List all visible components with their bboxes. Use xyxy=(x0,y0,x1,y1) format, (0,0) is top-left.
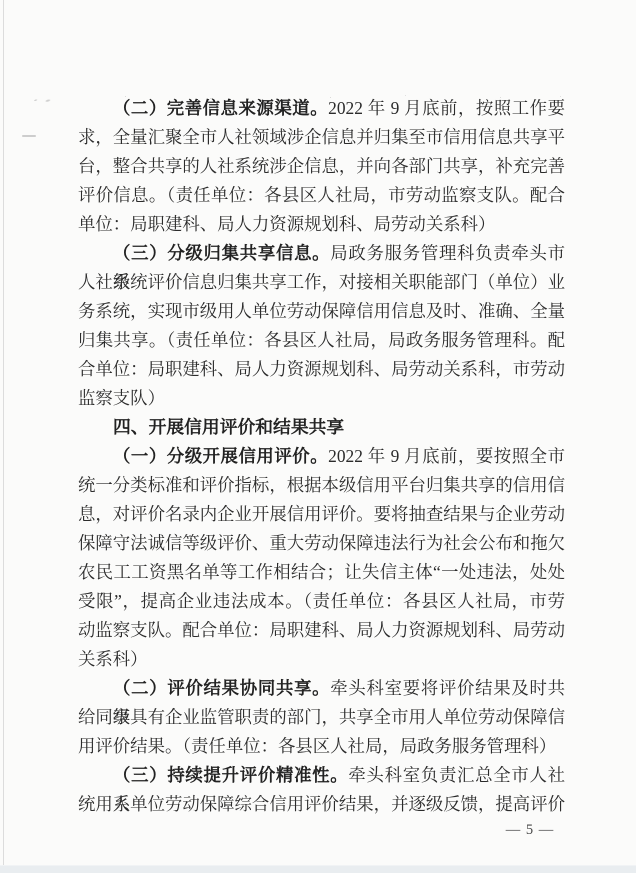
document-line: （三）分级归集共享信息。局政务服务管理科负责牵头市级 xyxy=(78,239,565,268)
document-line: 监察支队） xyxy=(78,384,565,413)
scan-smudge xyxy=(27,91,55,109)
scan-bottom-band xyxy=(0,865,636,873)
document-line: 务系统，实现市级用人单位劳动保障信用信息及时、准确、全量 xyxy=(78,297,565,326)
document-line: 合单位：局职建科、局人力资源规划科、局劳动关系科，市劳动 xyxy=(78,355,565,384)
document-line: 关系科） xyxy=(78,645,565,674)
paragraph-text: 人社系统评价信息归集共享工作，对接相关职能部门（单位）业 xyxy=(78,272,565,292)
document-line: 保障守法诚信等级评价、重大劳动保障违法行为社会公布和拖欠 xyxy=(78,529,565,558)
document-line: （二）评价结果协同共享。牵头科室要将评价结果及时共享 xyxy=(78,674,565,703)
paragraph-text: 单位：局职建科、局人力资源规划科、局劳动关系科） xyxy=(78,214,495,234)
document-line: 统一分类标准和评价指标，根据本级信用平台归集共享的信用信 xyxy=(78,471,565,500)
document-line: 动监察支队。配合单位：局职建科、局人力资源规划科、局劳动 xyxy=(78,616,565,645)
paragraph-lead-text: （二）评价结果协同共享。 xyxy=(113,678,330,698)
paragraph-text: 务系统，实现市级用人单位劳动保障信用信息及时、准确、全量 xyxy=(78,301,565,321)
document-line: 台，整合共享的人社系统涉企信息，并向各部门共享，补充完善 xyxy=(78,152,565,181)
document-line: 受限”，提高企业违法成本。（责任单位：各县区人社局，市劳 xyxy=(78,587,565,616)
document-line: 归集共享。（责任单位：各县区人社局，局政务服务管理科。配 xyxy=(78,326,565,355)
paragraph-text: 用评价结果。（责任单位：各县区人社局，局政务服务管理科） xyxy=(78,736,556,756)
document-line: 用评价结果。（责任单位：各县区人社局，局政务服务管理科） xyxy=(78,732,565,761)
paragraph-text: 监察支队） xyxy=(78,388,165,408)
paragraph-text: 受限”，提高企业违法成本。（责任单位：各县区人社局，市劳 xyxy=(78,591,565,611)
document-line: 农民工工资黑名单等工作相结合；让失信主体“一处违法，处处 xyxy=(78,558,565,587)
paragraph-text: 统用人单位劳动保障综合信用评价结果，并逐级反馈，提高评价 xyxy=(78,794,565,814)
document-line: 人社系统评价信息归集共享工作，对接相关职能部门（单位）业 xyxy=(78,268,565,297)
document-line: 单位：局职建科、局人力资源规划科、局劳动关系科） xyxy=(78,210,565,239)
paragraph-text: 息，对评价名录内企业开展信用评价。要将抽查结果与企业劳动 xyxy=(78,504,565,524)
paragraph-text: 求，全量汇聚全市人社领域涉企信息并归集至市信用信息共享平 xyxy=(78,127,565,147)
document-line: 求，全量汇聚全市人社领域涉企信息并归集至市信用信息共享平 xyxy=(78,123,565,152)
paragraph-lead-text: （三）分级归集共享信息。 xyxy=(113,243,330,263)
document-line: 给同级具有企业监管职责的部门，共享全市用人单位劳动保障信 xyxy=(78,703,565,732)
paragraph-lead-text: （三）持续提升评价精准性。 xyxy=(113,765,348,785)
scan-smudge xyxy=(22,135,36,137)
paragraph-text: 评价信息。（责任单位：各县区人社局，市劳动监察支队。配合 xyxy=(78,185,565,205)
section-heading: 四、开展信用评价和结果共享 xyxy=(78,413,565,442)
document-line: 评价信息。（责任单位：各县区人社局，市劳动监察支队。配合 xyxy=(78,181,565,210)
scan-noise-specks xyxy=(0,0,1,1)
paragraph-text: 2022 年 9 月底前，要按照全市 xyxy=(328,446,565,466)
scan-edge-line xyxy=(3,0,4,873)
paragraph-text: 台，整合共享的人社系统涉企信息，并向各部门共享，补充完善 xyxy=(78,156,565,176)
paragraph-lead-text: （一）分级开展信用评价。 xyxy=(113,446,328,466)
paragraph-text: 保障守法诚信等级评价、重大劳动保障违法行为社会公布和拖欠 xyxy=(78,533,565,553)
document-body: （二）完善信息来源渠道。2022 年 9 月底前，按照工作要求，全量汇聚全市人社… xyxy=(78,94,565,819)
paragraph-text: 农民工工资黑名单等工作相结合；让失信主体“一处违法，处处 xyxy=(78,562,565,582)
paragraph-text: 关系科） xyxy=(78,649,148,669)
paragraph-text: 2022 年 9 月底前，按照工作要 xyxy=(328,98,565,118)
paragraph-text: 归集共享。（责任单位：各县区人社局，局政务服务管理科。配 xyxy=(78,330,565,350)
document-line: （二）完善信息来源渠道。2022 年 9 月底前，按照工作要 xyxy=(78,94,565,123)
paragraph-lead-text: （二）完善信息来源渠道。 xyxy=(113,98,328,118)
document-line: （三）持续提升评价精准性。牵头科室负责汇总全市人社系 xyxy=(78,761,565,790)
document-line: 统用人单位劳动保障综合信用评价结果，并逐级反馈，提高评价 xyxy=(78,790,565,819)
page-number: — 5 — xyxy=(493,820,567,840)
paragraph-text: 统一分类标准和评价指标，根据本级信用平台归集共享的信用信 xyxy=(78,475,565,495)
paragraph-text: 动监察支队。配合单位：局职建科、局人力资源规划科、局劳动 xyxy=(78,620,565,640)
document-line: 息，对评价名录内企业开展信用评价。要将抽查结果与企业劳动 xyxy=(78,500,565,529)
paragraph-lead-text: 四、开展信用评价和结果共享 xyxy=(113,417,344,438)
paragraph-text: 合单位：局职建科、局人力资源规划科、局劳动关系科，市劳动 xyxy=(78,359,565,379)
paragraph-text: 给同级具有企业监管职责的部门，共享全市用人单位劳动保障信 xyxy=(78,707,565,727)
document-line: （一）分级开展信用评价。2022 年 9 月底前，要按照全市 xyxy=(78,442,565,471)
